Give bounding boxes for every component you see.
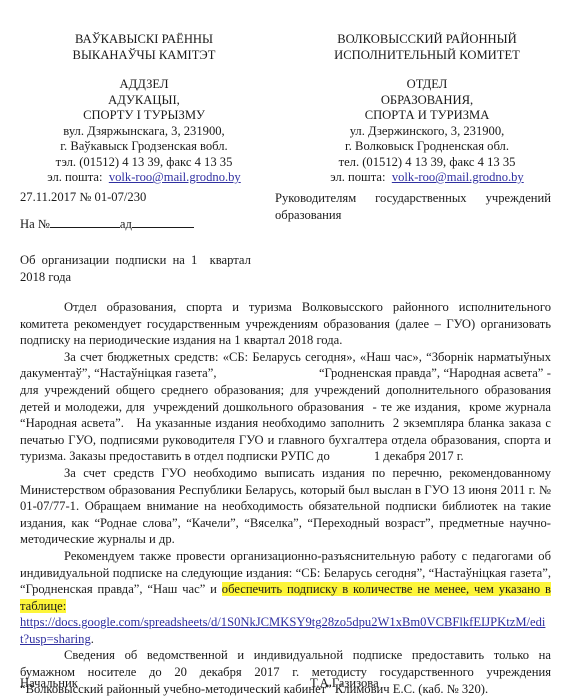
paragraph-2: За счет бюджетных средств: «СБ: Беларусь… [20, 349, 551, 465]
addressee-line2: образования [275, 207, 551, 224]
paragraph-4: Рекомендуем также провести организационн… [20, 548, 551, 614]
reply-prefix: На № [20, 217, 50, 231]
address-line2: г. Ваўкавыск Гродзенская вобл. [14, 139, 274, 155]
dept-name-line1: АДДЗЕЛ [14, 77, 274, 93]
letterhead-belarusian: ВАЎКАВЫСКІ РАЁННЫ ВЫКАНАЎЧЫ КАМІТЭТ АДДЗ… [14, 32, 274, 186]
phone-line: тел. (01512) 4 13 39, факс 4 13 35 [297, 155, 557, 171]
dept-name-line2: ОБРАЗОВАНИЯ, [297, 93, 557, 109]
paragraph-3: За счет средств ГУО необходимо выписать … [20, 465, 551, 548]
phone-line: тэл. (01512) 4 13 39, факс 4 13 35 [14, 155, 274, 171]
email-line: эл. пошта: volk-roo@mail.grodno.by [297, 170, 557, 186]
spreadsheet-link-line: https://docs.google.com/spreadsheets/d/1… [20, 614, 551, 647]
org-name-line1: ВАЎКАВЫСКІ РАЁННЫ [14, 32, 274, 48]
dept-name-line2: АДУКАЦЫІ, [14, 93, 274, 109]
address-line2: г. Волковыск Гродненская обл. [297, 139, 557, 155]
subject-line2: 2018 года [20, 269, 235, 286]
email-label: эл. пошта: [330, 170, 385, 184]
letterhead-russian: ВОЛКОВЫССКИЙ РАЙОННЫЙ ИСПОЛНИТЕЛЬНЫЙ КОМ… [297, 32, 557, 186]
reply-mid: ад [120, 217, 132, 231]
org-name-line1: ВОЛКОВЫССКИЙ РАЙОННЫЙ [297, 32, 557, 48]
email-line: эл. пошта: volk-roo@mail.grodno.by [14, 170, 274, 186]
reply-reference: На №ад [20, 215, 194, 232]
addressee-word1: Руководителям [275, 190, 356, 207]
dept-name-line1: ОТДЕЛ [297, 77, 557, 93]
dept-name-line3: СПОРТУ І ТУРЫЗМУ [14, 108, 274, 124]
org-name-line2: ИСПОЛНИТЕЛЬНЫЙ КОМИТЕТ [297, 48, 557, 64]
addressee-word2: государственных [375, 190, 466, 207]
email-link[interactable]: volk-roo@mail.grodno.by [109, 170, 241, 184]
addressee-word3: учреждений [486, 190, 551, 207]
spreadsheet-link[interactable]: https://docs.google.com/spreadsheets/d/1… [20, 615, 545, 646]
subject-line1: Об организации подписки на 1 квартал [20, 252, 235, 269]
letter-body: Отдел образования, спорта и туризма Волк… [20, 299, 551, 697]
reply-number-blank [50, 215, 120, 228]
dept-name-line3: СПОРТА И ТУРИЗМА [297, 108, 557, 124]
link-period: . [91, 632, 94, 646]
subject: Об организации подписки на 1 квартал 201… [20, 252, 235, 286]
org-name-line2: ВЫКАНАЎЧЫ КАМІТЭТ [14, 48, 274, 64]
email-label: эл. пошта: [47, 170, 102, 184]
signature-name: Т.А.Газизова [310, 676, 379, 691]
document-date-number: 27.11.2017 № 01-07/230 [20, 190, 146, 205]
signature-position: Начальник [20, 676, 78, 691]
address-line1: вул. Дзяржынскага, 3, 231900, [14, 124, 274, 140]
addressee: Руководителям государственных учреждений… [275, 190, 551, 224]
paragraph-5: Сведения об ведомственной и индивидуальн… [20, 647, 551, 697]
paragraph-1: Отдел образования, спорта и туризма Волк… [20, 299, 551, 349]
reply-date-blank [132, 215, 194, 228]
address-line1: ул. Дзержинского, 3, 231900, [297, 124, 557, 140]
email-link[interactable]: volk-roo@mail.grodno.by [392, 170, 524, 184]
